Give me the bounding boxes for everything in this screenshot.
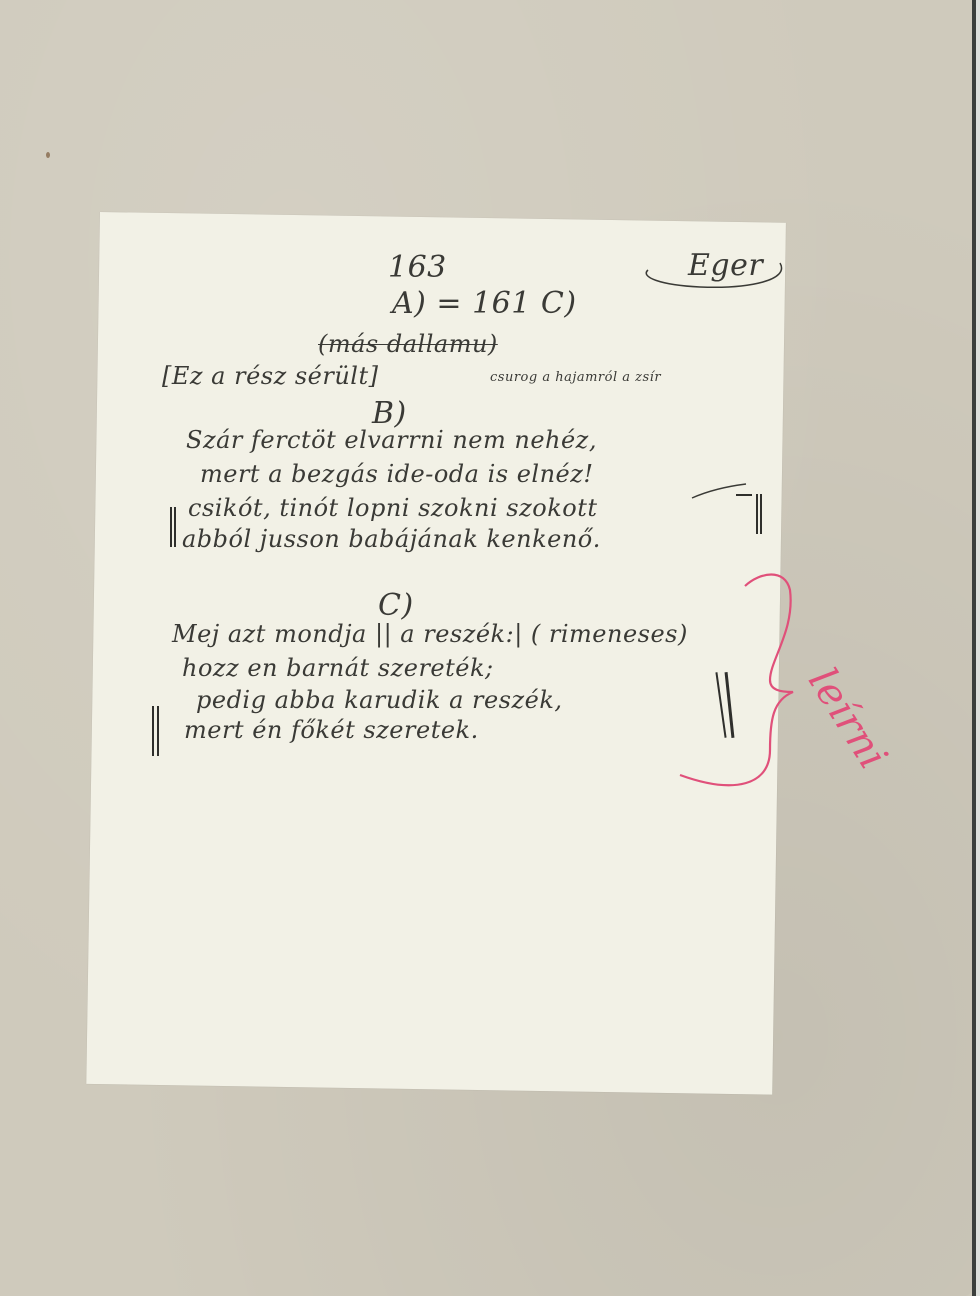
repeat-bar-open bbox=[152, 706, 154, 756]
verse-line: csikót, tinót lopni szokni szokott bbox=[188, 494, 597, 522]
verse-line: pedig abba karudik a reszék, bbox=[196, 686, 563, 714]
damage-continuation: csurog a hajamról a zsír bbox=[490, 370, 661, 385]
place-underline-swoosh bbox=[640, 255, 790, 300]
repeat-bar-open bbox=[170, 507, 172, 547]
section-c-label: C) bbox=[378, 588, 414, 623]
verse-line: mert én főkét szeretek. bbox=[184, 716, 479, 744]
verse-line: Szár ferctöt elvarrni nem nehéz, bbox=[186, 426, 597, 454]
page-number: 163 bbox=[388, 250, 447, 285]
pink-curly-bracket bbox=[675, 570, 785, 800]
damage-note: [Ez a rész sérült] bbox=[162, 362, 379, 390]
crossed-out-note: (más dallamu) bbox=[318, 330, 498, 358]
verse-line: abból jusson babájának kenkenő. bbox=[182, 525, 601, 553]
repeat-bar-open bbox=[157, 706, 159, 756]
dash-mark bbox=[736, 494, 752, 496]
repeat-bar-open bbox=[174, 507, 176, 547]
scanner-edge-light bbox=[976, 0, 980, 1296]
verse-line: hozz en barnát szereték; bbox=[182, 654, 494, 682]
cross-reference: A) = 161 C) bbox=[392, 286, 577, 321]
repeat-bar-close bbox=[760, 494, 762, 534]
card-stain bbox=[46, 152, 50, 158]
repeat-bar-close bbox=[756, 494, 758, 534]
verse-line: mert a bezgás ide-oda is elnéz! bbox=[200, 460, 594, 488]
verse-line: Mej azt mondja || a reszék:| ( rimeneses… bbox=[172, 620, 688, 648]
